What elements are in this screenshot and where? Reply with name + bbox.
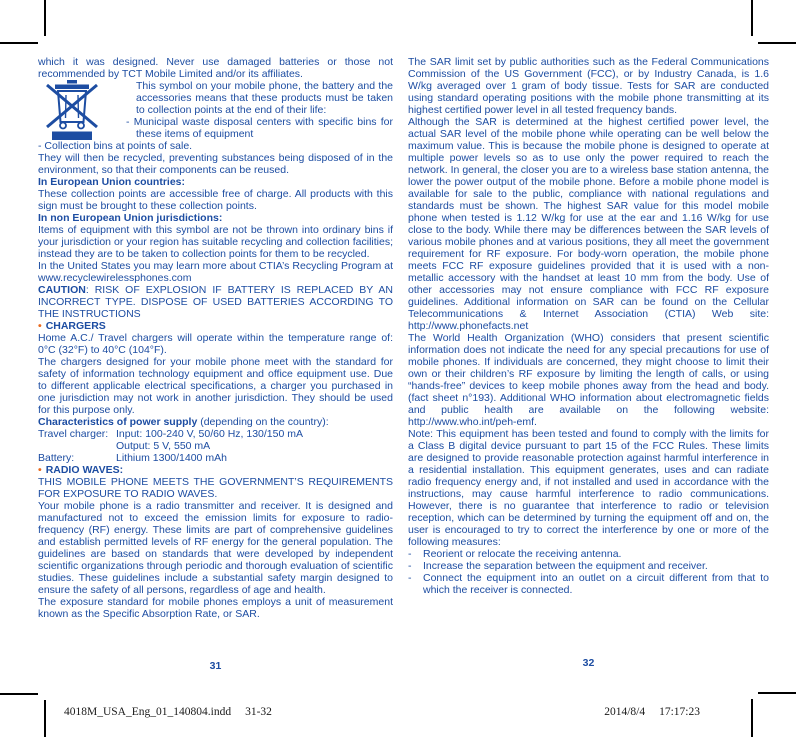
paragraph-government-requirements: THIS MOBILE PHONE MEETS THE GOVERNMENT’S… bbox=[38, 476, 393, 500]
paragraph-battery-warning: which it was designed. Never use damaged… bbox=[38, 56, 393, 80]
caution-text: : RISK OF EXPLOSION IF BATTERY IS REPLAC… bbox=[38, 284, 393, 320]
weee-item-text: Municipal waste disposal centers with sp… bbox=[134, 116, 393, 140]
dash-marker: - bbox=[408, 548, 423, 560]
measure-item-outlet: -Connect the equipment into an outlet on… bbox=[408, 572, 769, 596]
characteristics-note: (depending on the country): bbox=[197, 416, 328, 428]
caution-label: CAUTION bbox=[38, 284, 86, 296]
spec-value: Lithium 1300/1400 mAh bbox=[116, 452, 393, 464]
dash-marker: - bbox=[126, 116, 130, 128]
paragraph-charger-standard: The chargers designed for your mobile ph… bbox=[38, 356, 393, 416]
spec-value: Input: 100-240 V, 50/60 Hz, 130/150 mA bbox=[116, 428, 393, 440]
crop-mark-top-right-vertical bbox=[751, 0, 753, 36]
footer-time: 17:17:23 bbox=[659, 706, 700, 718]
dash-marker: - bbox=[38, 140, 42, 152]
paragraph-sar-limit: The SAR limit set by public authorities … bbox=[408, 56, 769, 116]
spec-row-travel-charger: Travel charger: Input: 100-240 V, 50/60 … bbox=[38, 428, 393, 440]
paragraph-sar-intro: The exposure standard for mobile phones … bbox=[38, 596, 393, 620]
paragraph-caution: CAUTION: RISK OF EXPLOSION IF BATTERY IS… bbox=[38, 284, 393, 320]
crop-mark-bottom-left-horizontal bbox=[0, 693, 38, 695]
measure-item-antenna: -Reorient or relocate the receiving ante… bbox=[408, 548, 769, 560]
paragraph-power-supply: Characteristics of power supply (dependi… bbox=[38, 416, 393, 428]
measure-text: Reorient or relocate the receiving anten… bbox=[423, 548, 621, 560]
manual-page-spread: which it was designed. Never use damaged… bbox=[0, 0, 796, 737]
measure-text: Connect the equipment into an outlet on … bbox=[423, 572, 769, 596]
paragraph-fcc-note: Note: This equipment has been tested and… bbox=[408, 428, 769, 548]
page-31-column: which it was designed. Never use damaged… bbox=[38, 56, 393, 620]
print-footer-left: 4018M_USA_Eng_01_140804.indd31-32 bbox=[64, 706, 272, 718]
orange-bullet-icon: • bbox=[38, 320, 42, 332]
heading-non-eu: In non European Union jurisdictions: bbox=[38, 212, 393, 224]
paragraph-sar-detail: Although the SAR is determined at the hi… bbox=[408, 116, 769, 332]
section-heading-chargers: •CHARGERS bbox=[38, 320, 393, 332]
paragraph-who: The World Health Organization (WHO) cons… bbox=[408, 332, 769, 428]
spec-label: Battery: bbox=[38, 452, 116, 464]
paragraph-eu-countries: These collection points are accessible f… bbox=[38, 188, 393, 212]
crop-mark-top-right-horizontal bbox=[758, 42, 796, 44]
page-number-31: 31 bbox=[38, 660, 393, 672]
section-title: RADIO WAVES: bbox=[46, 464, 123, 476]
page-number-32: 32 bbox=[408, 657, 769, 669]
paragraph-non-eu: Items of equipment with this symbol are … bbox=[38, 224, 393, 260]
weee-crossed-bin-icon bbox=[38, 80, 136, 140]
footer-filename: 4018M_USA_Eng_01_140804.indd bbox=[64, 706, 231, 718]
measure-item-separation: -Increase the separation between the equ… bbox=[408, 560, 769, 572]
spec-label bbox=[38, 440, 116, 452]
print-footer-right: 2014/8/417:17:23 bbox=[604, 706, 700, 718]
paragraph-rf-guidelines: Your mobile phone is a radio transmitter… bbox=[38, 500, 393, 596]
paragraph-ctia-recycling: In the United States you may learn more … bbox=[38, 260, 393, 284]
dash-marker: - bbox=[408, 572, 423, 584]
orange-bullet-icon: • bbox=[38, 464, 42, 476]
footer-date: 2014/8/4 bbox=[604, 706, 645, 718]
page-32-column: The SAR limit set by public authorities … bbox=[408, 56, 769, 596]
measure-text: Increase the separation between the equi… bbox=[423, 560, 708, 572]
paragraph-recycled: They will then be recycled, preventing s… bbox=[38, 152, 393, 176]
crop-mark-bottom-right-vertical bbox=[751, 699, 753, 737]
weee-list-item: - Collection bins at points of sale. bbox=[38, 140, 393, 152]
spec-row-output: Output: 5 V, 550 mA bbox=[38, 440, 393, 452]
heading-eu-countries: In European Union countries: bbox=[38, 176, 393, 188]
footer-page-range: 31-32 bbox=[245, 706, 272, 718]
characteristics-label: Characteristics of power supply bbox=[38, 416, 197, 428]
section-heading-radio-waves: •RADIO WAVES: bbox=[38, 464, 393, 476]
weee-item-text: Collection bins at points of sale. bbox=[44, 140, 192, 152]
crop-mark-top-left-vertical bbox=[44, 0, 46, 36]
spec-value: Output: 5 V, 550 mA bbox=[116, 440, 393, 452]
paragraph-charger-temperature: Home A.C./ Travel chargers will operate … bbox=[38, 332, 393, 356]
spec-label: Travel charger: bbox=[38, 428, 116, 440]
crop-mark-bottom-right-horizontal bbox=[758, 692, 796, 694]
spec-row-battery: Battery: Lithium 1300/1400 mAh bbox=[38, 452, 393, 464]
weee-recycling-block: This symbol on your mobile phone, the ba… bbox=[38, 80, 393, 152]
section-title: CHARGERS bbox=[46, 320, 106, 332]
crop-mark-top-left-horizontal bbox=[0, 42, 38, 44]
dash-marker: - bbox=[408, 560, 423, 572]
crop-mark-bottom-left-vertical bbox=[44, 700, 46, 737]
